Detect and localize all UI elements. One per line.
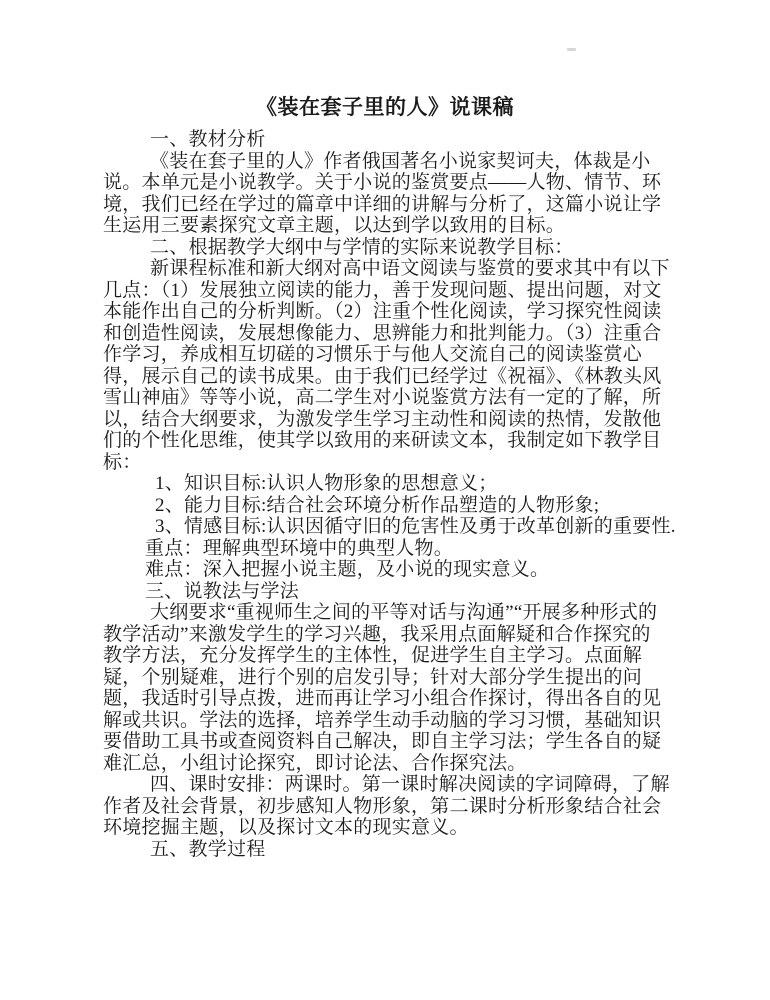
document-line: 几点：（1）发展独立阅读的能力，善于发现问题、提出问题，对文 xyxy=(103,280,683,302)
document-line: 作者及社会背景，初步感知人物形象，第二课时分析形象结合社会 xyxy=(103,796,683,818)
document-line: 作学习，养成相互切磋的习惯乐于与他人交流自己的阅读鉴赏心 xyxy=(103,344,683,366)
document-line: 疑，个别疑难，进行个别的启发引导；针对大部分学生提出的问 xyxy=(103,667,683,689)
document-line: 1、知识目标:认识人物形象的思想意义； xyxy=(155,473,683,495)
document-line: 标： xyxy=(103,452,683,474)
document-line: 教学活动”来激发学生的学习兴趣，我采用点面解疑和合作探究的 xyxy=(103,624,683,646)
document-line: 四、课时安排：两课时。第一课时解决阅读的字词障碍，了解 xyxy=(150,774,683,796)
document-line: 得，展示自己的读书成果。由于我们已经学过《祝福》、《林教头风 xyxy=(103,366,683,388)
document-line: 三、说教法与学法 xyxy=(145,581,683,603)
document-title: 《装在套子里的人》说课稿 xyxy=(0,94,770,120)
document-line: 难点：深入把握小说主题，及小说的现实意义。 xyxy=(145,559,683,581)
document-line: 解或共识。学法的选择，培养学生动手动脑的学习习惯，基础知识 xyxy=(103,710,683,732)
document-line: 本能作出自己的分析判断。（2）注重个性化阅读，学习探究性阅读 xyxy=(103,301,683,323)
document-line: 重点：理解典型环境中的典型人物。 xyxy=(145,538,683,560)
document-line: 以，结合大纲要求，为激发学生学习主动性和阅读的热情，发散他 xyxy=(103,409,683,431)
document-line: 《装在套子里的人》作者俄国著名小说家契诃夫，体裁是小 xyxy=(150,151,683,173)
document-line: 说。本单元是小说教学。关于小说的鉴赏要点——人物、情节、环 xyxy=(103,172,683,194)
document-line: 3、情感目标:认识因循守旧的危害性及勇于改革创新的重要性. xyxy=(155,516,683,538)
document-line: 二、根据教学大纲中与学情的实际来说教学目标： xyxy=(150,237,683,259)
document-line: 们的个性化思维，使其学以致用的来研读文本，我制定如下教学目 xyxy=(103,430,683,452)
document-line: 雪山神庙》等等小说，高二学生对小说鉴赏方法有一定的了解，所 xyxy=(103,387,683,409)
document-line: 一、教材分析 xyxy=(150,129,683,151)
document-line: 和创造性阅读，发展想像能力、思辨能力和批判能力。（3）注重合 xyxy=(103,323,683,345)
document-line: 新课程标准和新大纲对高中语文阅读与鉴赏的要求其中有以下 xyxy=(150,258,683,280)
faint-artifact-mark xyxy=(567,48,576,51)
document-line: 难汇总，小组讨论探究，即讨论法、合作探究法。 xyxy=(103,753,683,775)
document-line: 环境挖掘主题，以及探讨文本的现实意义。 xyxy=(103,817,683,839)
document-body: 一、教材分析《装在套子里的人》作者俄国著名小说家契诃夫，体裁是小说。本单元是小说… xyxy=(103,129,683,860)
document-line: 要借助工具书或查阅资料自己解决，即自主学习法；学生各自的疑 xyxy=(103,731,683,753)
document-page: 《装在套子里的人》说课稿 一、教材分析《装在套子里的人》作者俄国著名小说家契诃夫… xyxy=(0,0,770,1000)
document-line: 境，我们已经在学过的篇章中详细的讲解与分析了，这篇小说让学 xyxy=(103,194,683,216)
document-line: 生运用三要素探究文章主题，以达到学以致用的目标。 xyxy=(103,215,683,237)
document-line: 教学方法，充分发挥学生的主体性，促进学生自主学习。点面解 xyxy=(103,645,683,667)
document-line: 大纲要求“重视师生之间的平等对话与沟通”“开展多种形式的 xyxy=(150,602,683,624)
document-line: 2、能力目标:结合社会环境分析作品塑造的人物形象; xyxy=(155,495,683,517)
document-line: 五、教学过程 xyxy=(150,839,683,861)
document-line: 题，我适时引导点拨，进而再让学习小组合作探讨，得出各自的见 xyxy=(103,688,683,710)
